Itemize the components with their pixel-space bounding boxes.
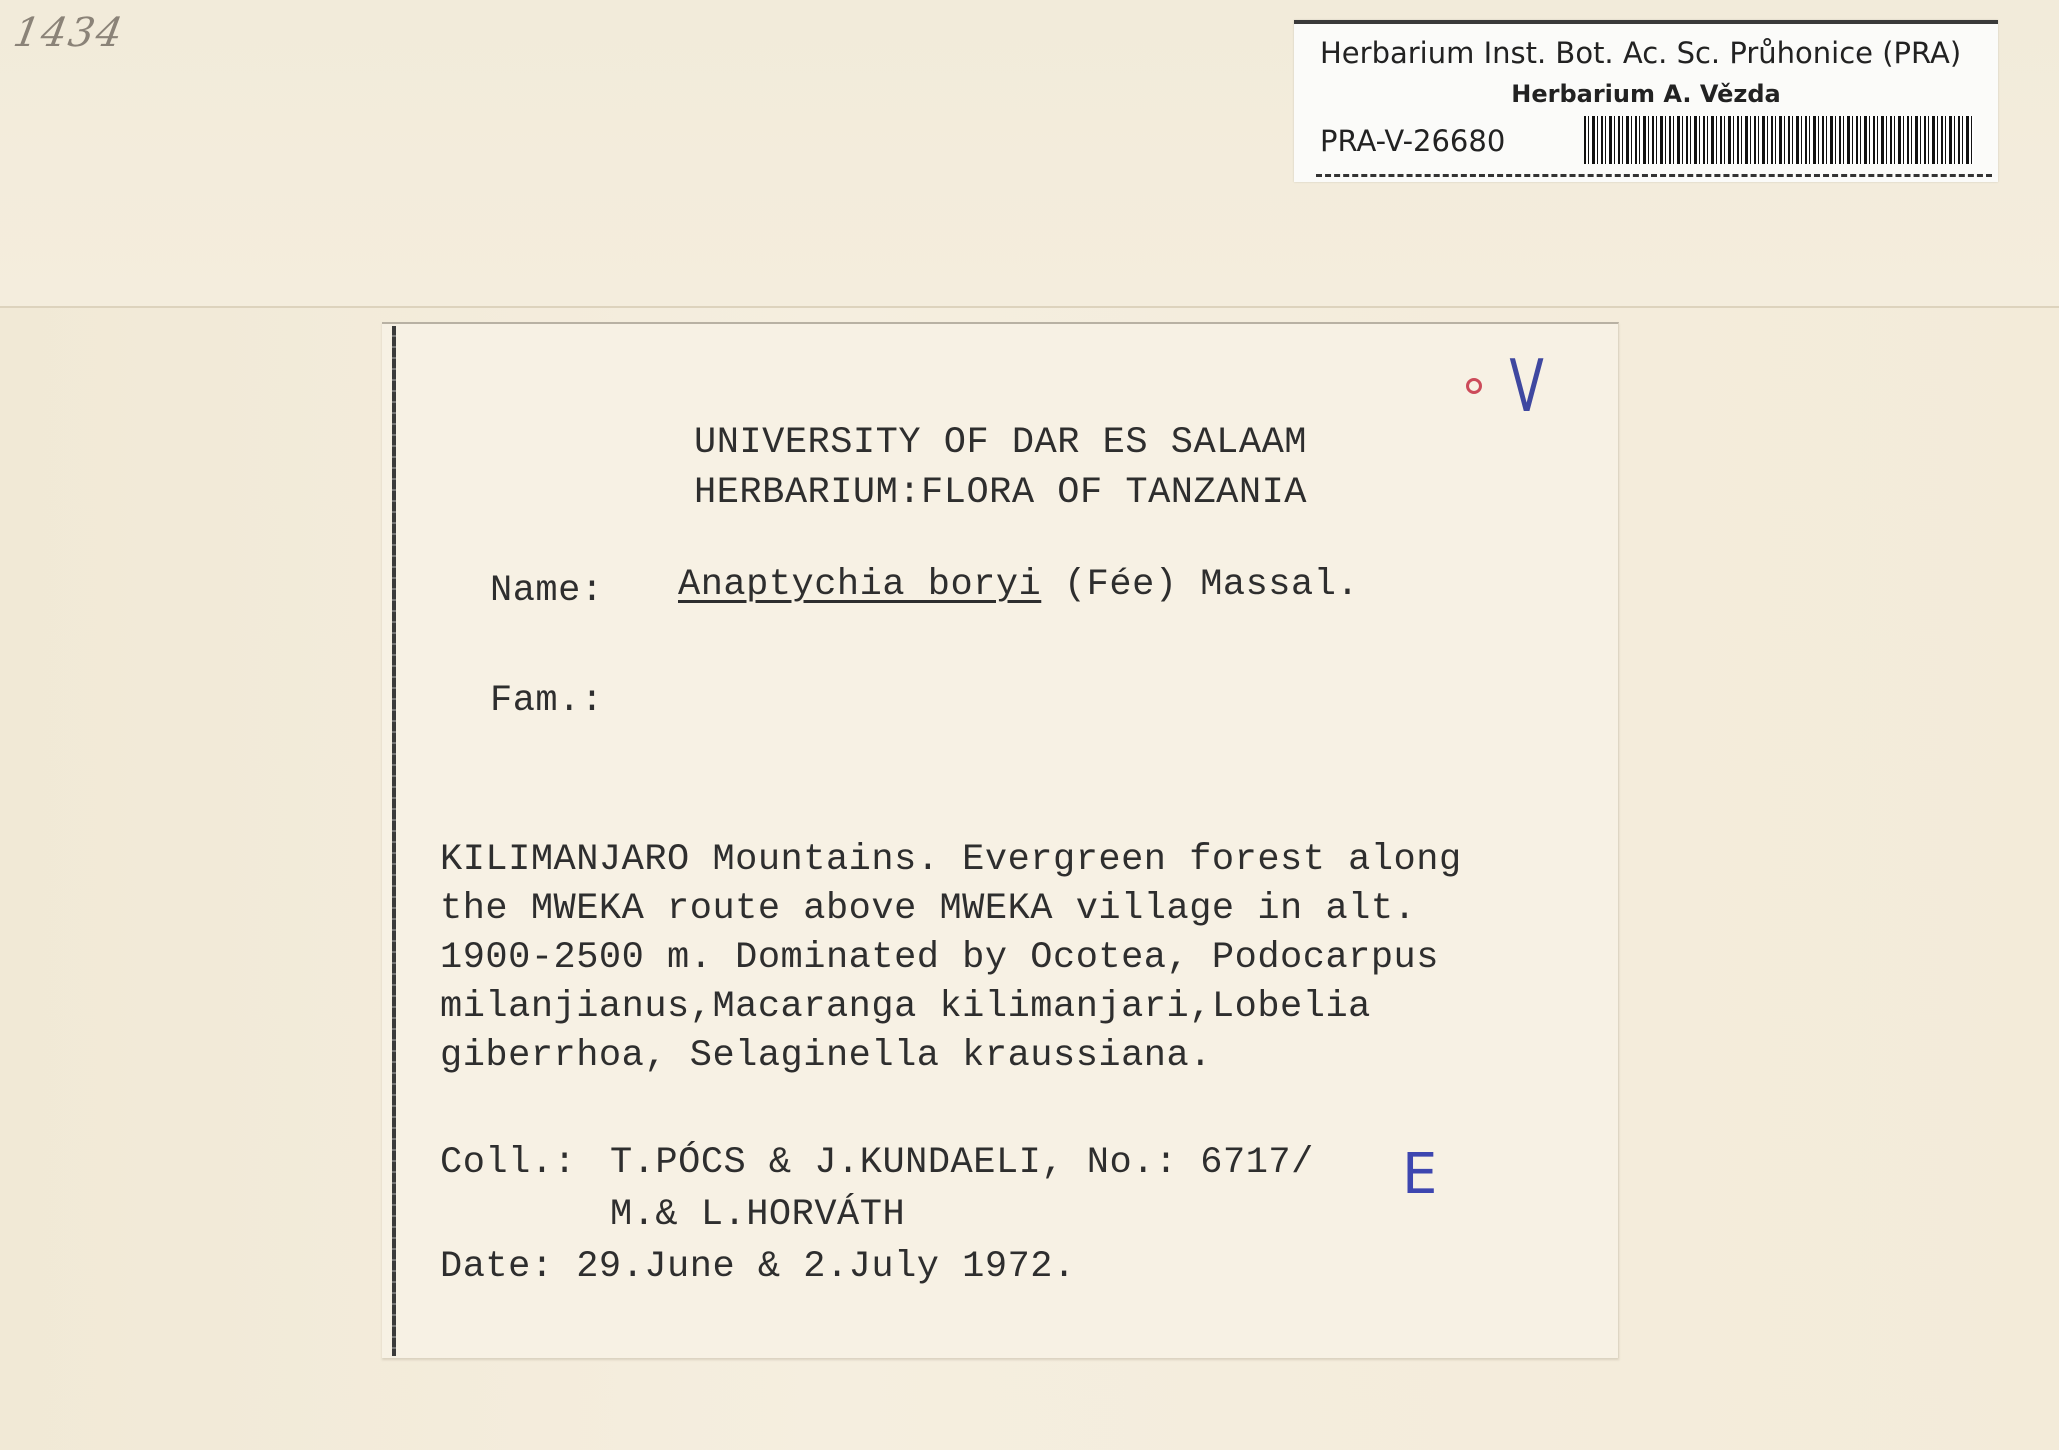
cut-line-divider bbox=[1316, 174, 1992, 177]
taxon-author: (Fée) Massal. bbox=[1041, 564, 1359, 606]
red-circle-mark-icon bbox=[1466, 378, 1482, 394]
label-torn-edge bbox=[392, 326, 396, 1356]
label-header-university: UNIVERSITY OF DAR ES SALAAM bbox=[694, 422, 1307, 464]
institution-name: Herbarium Inst. Bot. Ac. Sc. Průhonice (… bbox=[1320, 36, 1980, 70]
locality-line: giberrhoa, Selaginella kraussiana. bbox=[440, 1032, 1462, 1081]
barcode-icon bbox=[1584, 116, 1974, 164]
blue-e-mark: E bbox=[1402, 1142, 1437, 1207]
taxon-binomial: Anaptychia boryi bbox=[678, 564, 1041, 606]
handwritten-sheet-number: 1434 bbox=[10, 10, 128, 56]
locality-line: milanjianus,Macaranga kilimanjari,Lobeli… bbox=[440, 983, 1462, 1032]
locality-line: the MWEKA route above MWEKA village in a… bbox=[440, 885, 1462, 934]
locality-line: 1900-2500 m. Dominated by Ocotea, Podoca… bbox=[440, 934, 1462, 983]
blue-v-mark: V bbox=[1509, 344, 1543, 428]
herbarium-subtitle: Herbarium A. Vězda bbox=[1294, 80, 1998, 108]
catalog-number: PRA-V-26680 bbox=[1320, 124, 1505, 158]
collectors-line-1: T.PÓCS & J.KUNDAELI, No.: 6717/ bbox=[610, 1142, 1314, 1184]
collectors-line-2: M.& L.HORVÁTH bbox=[610, 1194, 905, 1236]
label-header-herbarium: HERBARIUM:FLORA OF TANZANIA bbox=[694, 472, 1307, 514]
family-field-label: Fam.: bbox=[490, 680, 604, 722]
taxon-name: Anaptychia boryi (Fée) Massal. bbox=[678, 564, 1359, 606]
name-field-label: Name: bbox=[490, 570, 604, 612]
barcode-sticker: Herbarium Inst. Bot. Ac. Sc. Průhonice (… bbox=[1294, 20, 1998, 182]
locality-line: KILIMANJARO Mountains. Evergreen forest … bbox=[440, 836, 1462, 885]
collector-field-label: Coll.: bbox=[440, 1142, 576, 1184]
locality-description: KILIMANJARO Mountains. Evergreen forest … bbox=[440, 836, 1462, 1081]
collection-date: Date: 29.June & 2.July 1972. bbox=[440, 1246, 1076, 1288]
